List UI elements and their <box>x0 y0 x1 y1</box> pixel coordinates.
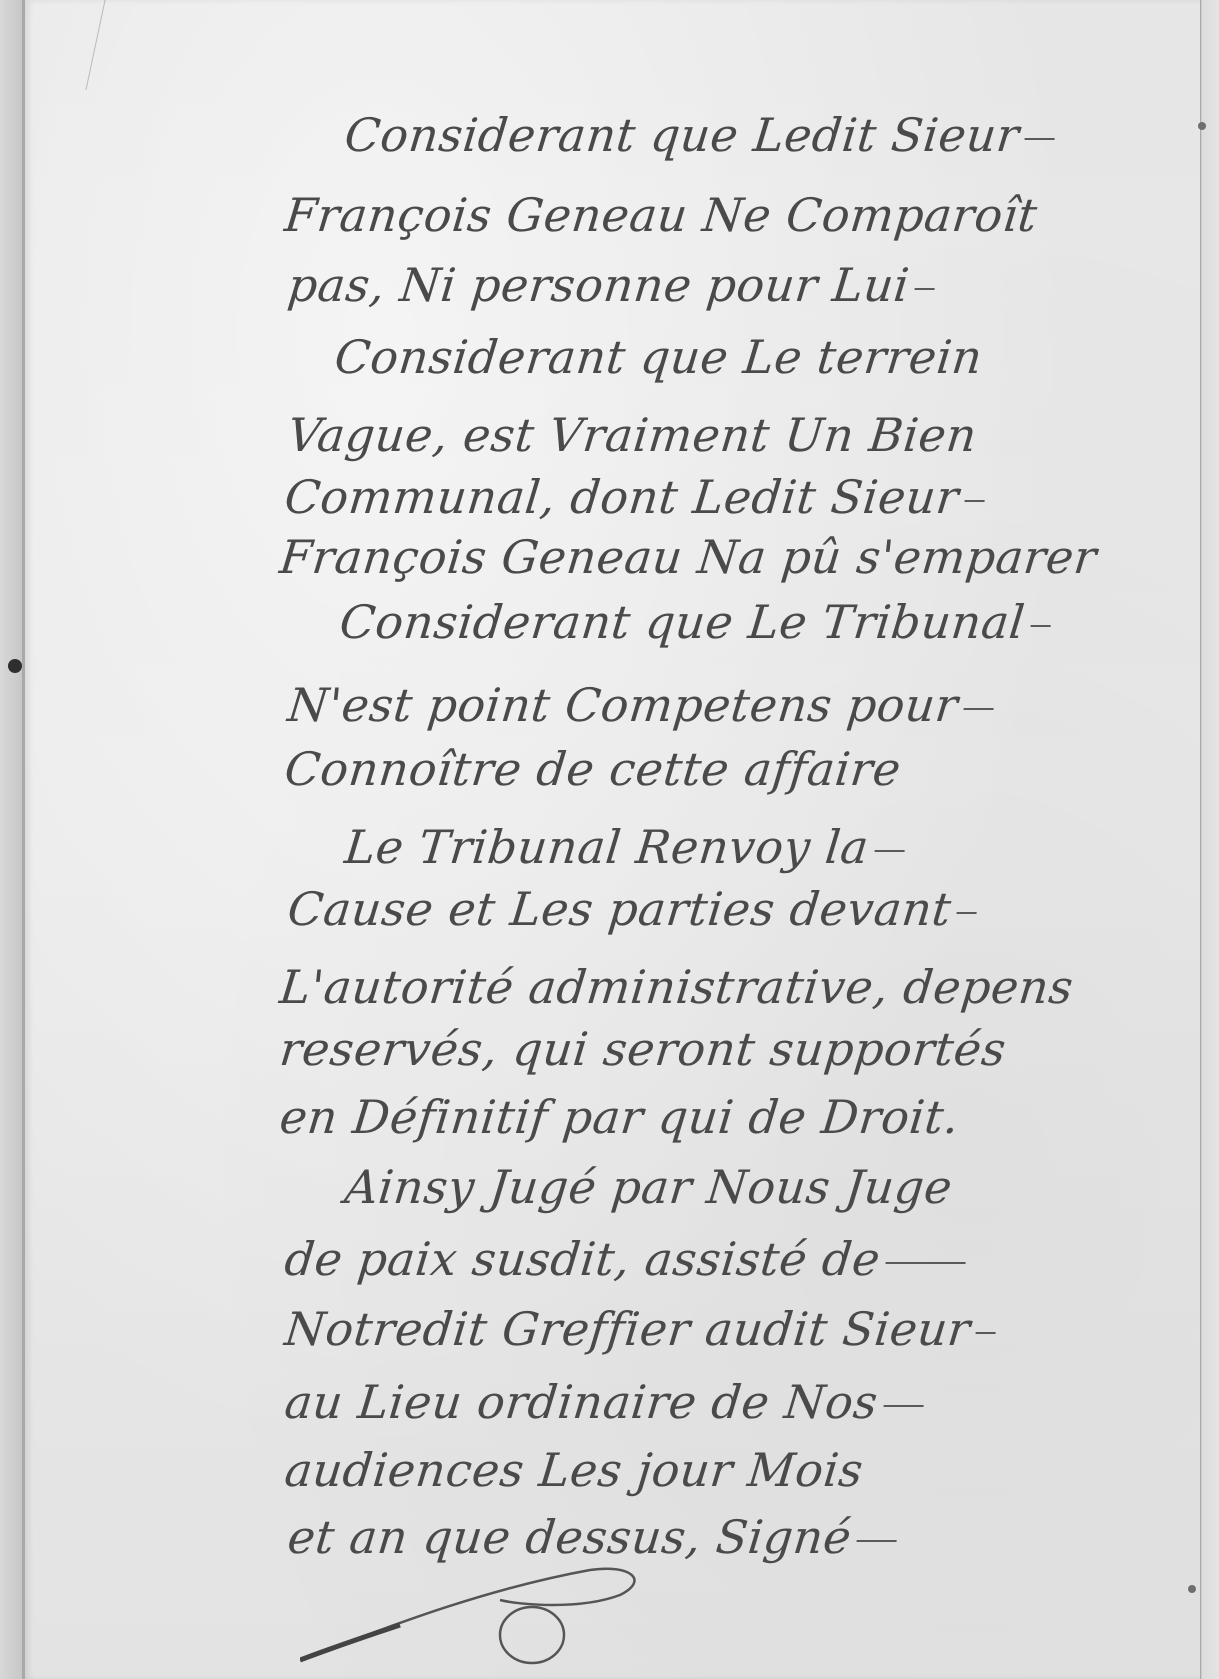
manuscript-line-text: Notredit Greffier audit Sieur <box>282 1302 973 1356</box>
manuscript-line: au Lieu ordinaire de Nos <box>282 1375 926 1429</box>
line-filler-dash <box>874 850 904 852</box>
manuscript-line: Communal, dont Ledit Sieur <box>282 470 987 524</box>
line-filler-dash <box>976 1332 996 1334</box>
manuscript-line-text: Cause et Les parties devant <box>285 882 954 936</box>
manuscript-line: reservés, qui seront supportés <box>277 1022 1009 1076</box>
line-filler-dash <box>957 912 977 914</box>
manuscript-line: Cause et Les parties devant <box>285 882 980 936</box>
manuscript-line-text: Considerant que Le Tribunal <box>337 595 1027 649</box>
line-filler-dash <box>857 1540 897 1542</box>
line-filler-dash <box>964 500 984 502</box>
manuscript-line-text: Le Tribunal Renvoy la <box>342 820 871 874</box>
line-filler-dash <box>1025 138 1055 140</box>
manuscript-line: N'est point Competens pour <box>285 678 997 732</box>
manuscript-line-text: en Définitif par qui de Droit. <box>277 1090 962 1144</box>
manuscript-line: Considerant que Le terrein <box>332 330 985 384</box>
manuscript-line: François Geneau Na pû s'emparer <box>277 530 1099 584</box>
handwritten-text-block: Considerant que Ledit SieurFrançois Gene… <box>0 0 1219 1679</box>
manuscript-line-text: Considerant que Le terrein <box>332 330 985 384</box>
manuscript-line: Considerant que Le Tribunal <box>337 595 1053 649</box>
manuscript-line: de paix susdit, assisté de <box>282 1232 969 1286</box>
manuscript-line-text: Ainsy Jugé par Nous Juge <box>342 1160 955 1214</box>
manuscript-line: François Geneau Ne Comparoît <box>282 188 1040 242</box>
manuscript-line-text: N'est point Competens pour <box>285 678 961 732</box>
manuscript-line: Vague, est Vraiment Un Bien <box>285 408 979 462</box>
manuscript-line-text: François Geneau Na pû s'emparer <box>277 530 1099 584</box>
manuscript-line: Notredit Greffier audit Sieur <box>282 1302 999 1356</box>
manuscript-line-text: François Geneau Ne Comparoît <box>282 188 1040 242</box>
manuscript-line-text: Connoître de cette affaire <box>282 742 903 796</box>
manuscript-line: Connoître de cette affaire <box>282 742 903 796</box>
line-filler-dash <box>1030 625 1050 627</box>
manuscript-line-text: Communal, dont Ledit Sieur <box>282 470 961 524</box>
manuscript-line: Ainsy Jugé par Nous Juge <box>342 1160 955 1214</box>
manuscript-line-text: audiences Les jour Mois <box>282 1443 866 1497</box>
line-filler-dash <box>886 1262 966 1264</box>
signature-flourish-icon <box>300 1560 660 1670</box>
manuscript-line: en Définitif par qui de Droit. <box>277 1090 962 1144</box>
line-filler-dash <box>963 708 993 710</box>
manuscript-line-text: Considerant que Ledit Sieur <box>342 108 1022 162</box>
manuscript-line: Le Tribunal Renvoy la <box>342 820 907 874</box>
line-filler-dash <box>883 1405 923 1407</box>
manuscript-line-text: de paix susdit, assisté de <box>282 1232 883 1286</box>
manuscript-line-text: et an que dessus, Signé <box>285 1510 854 1564</box>
manuscript-line: audiences Les jour Mois <box>282 1443 866 1497</box>
manuscript-line-text: pas, Ni personne pour Lui <box>285 258 912 312</box>
manuscript-line-text: L'autorité administrative, depens <box>277 960 1076 1014</box>
line-filler-dash <box>915 288 935 290</box>
manuscript-line: pas, Ni personne pour Lui <box>285 258 938 312</box>
manuscript-line-text: au Lieu ordinaire de Nos <box>282 1375 880 1429</box>
manuscript-line-text: Vague, est Vraiment Un Bien <box>285 408 979 462</box>
manuscript-line: L'autorité administrative, depens <box>277 960 1076 1014</box>
manuscript-line: Considerant que Ledit Sieur <box>342 108 1058 162</box>
manuscript-line-text: reservés, qui seront supportés <box>277 1022 1009 1076</box>
manuscript-line: et an que dessus, Signé <box>285 1510 900 1564</box>
